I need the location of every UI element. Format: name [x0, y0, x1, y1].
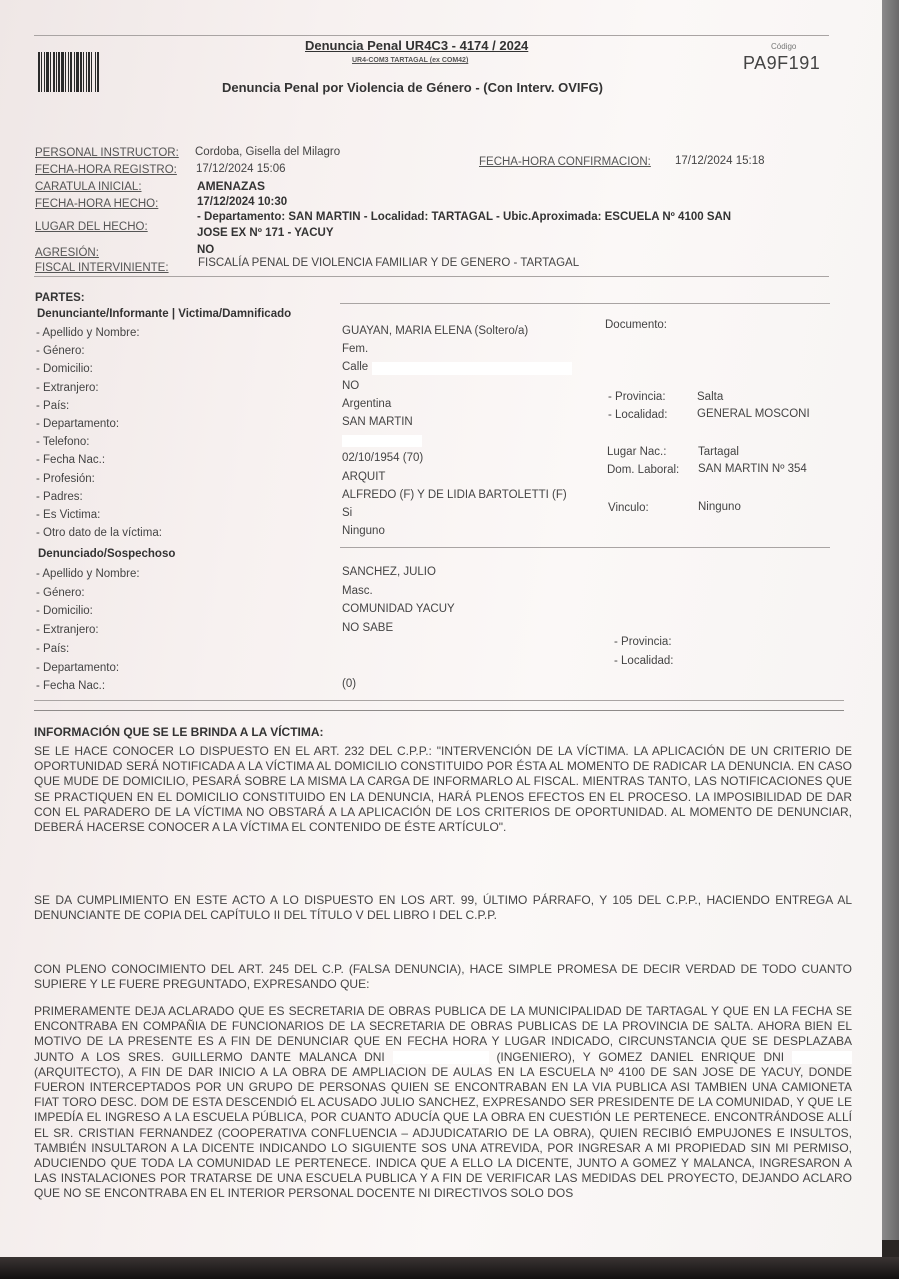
- personal-instructor-label: PERSONAL INSTRUCTOR:: [35, 147, 179, 159]
- denunciante-row-label: - País:: [36, 400, 69, 412]
- denunciado-row-label: - Domicilio:: [36, 605, 93, 617]
- denunciante-heading: Denunciante/Informante | Victima/Damnifi…: [37, 308, 291, 320]
- denunciante-row-value: Calle: [342, 361, 368, 373]
- denunciante-row-value: 02/10/1954 (70): [342, 452, 423, 464]
- denunciante-divider: [340, 303, 830, 304]
- redacted-dni-1: [393, 1051, 489, 1064]
- denunciante-row-value: ARQUIT: [342, 471, 385, 483]
- localidad-value: GENERAL MOSCONI: [697, 408, 810, 420]
- partes-heading: PARTES:: [35, 292, 85, 304]
- document-type: Denuncia Penal por Violencia de Género -…: [222, 80, 603, 95]
- lugar-hecho-line1: - Departamento: SAN MARTIN - Localidad: …: [197, 211, 731, 223]
- denunciante-row-label: - Domicilio:: [36, 363, 93, 375]
- provincia-label: - Provincia:: [608, 391, 666, 403]
- denunciado-row-value: SANCHEZ, JULIO: [342, 566, 436, 578]
- denunciado-row-label: - Departamento:: [36, 662, 119, 674]
- denunciado-row-value: (0): [342, 678, 356, 690]
- denunciante-row-label: - Departamento:: [36, 418, 119, 430]
- denunciante-row-value: Fem.: [342, 343, 368, 355]
- denunciante-row-label: - Profesión:: [36, 473, 95, 485]
- lugar-nac-value: Tartagal: [698, 446, 739, 458]
- document-subtitle: UR4-COM3 TARTAGAL (ex COM42): [352, 57, 468, 64]
- localidad-label: - Localidad:: [608, 409, 667, 421]
- victim-info-paragraph-1: SE LE HACE CONOCER LO DISPUESTO EN EL AR…: [34, 744, 852, 835]
- denunciado-row-label: - País:: [36, 643, 69, 655]
- denunciante-row-label: - Género:: [36, 345, 85, 357]
- document-page: Denuncia Penal UR4C3 - 4174 / 2024 UR4-C…: [0, 0, 882, 1262]
- denunciante-row-value: GUAYAN, MARIA ELENA (Soltero/a): [342, 325, 528, 337]
- denunciante-row-label: - Extranjero:: [36, 382, 99, 394]
- denunciante-row-label: - Fecha Nac.:: [36, 454, 105, 466]
- denunciante-row-value: NO: [342, 380, 359, 392]
- partes-divider-2: [34, 710, 844, 711]
- partes-divider-1: [34, 700, 844, 701]
- fiscal-value: FISCALÍA PENAL DE VIOLENCIA FAMILIAR Y D…: [198, 257, 579, 269]
- denunciante-row-label: - Padres:: [36, 491, 83, 503]
- bottom-shadow: [0, 1257, 899, 1279]
- statement-text: PRIMERAMENTE DEJA ACLARADO QUE ES SECRET…: [34, 1004, 852, 1202]
- lugar-hecho-label: LUGAR DEL HECHO:: [35, 221, 148, 233]
- fecha-hecho-value: 17/12/2024 10:30: [197, 196, 287, 208]
- denunciante-row-value: Argentina: [342, 398, 391, 410]
- denunciado-row-label: - Extranjero:: [36, 624, 99, 636]
- caratula-label: CARATULA INICIAL:: [35, 181, 142, 193]
- denunciado-row-value: Masc.: [342, 585, 373, 597]
- fecha-confirmacion-label: FECHA-HORA CONFIRMACION:: [479, 156, 651, 168]
- victim-info-paragraph-2: SE DA CUMPLIMIENTO EN ESTE ACTO A LO DIS…: [34, 893, 852, 923]
- lugar-nac-label: Lugar Nac.:: [607, 446, 666, 458]
- redacted-dni-2: [792, 1051, 852, 1064]
- fiscal-label: FISCAL INTERVINIENTE:: [35, 262, 169, 274]
- barcode-icon: [38, 52, 126, 92]
- caratula-value: AMENAZAS: [197, 179, 265, 193]
- personal-instructor-value: Cordoba, Gisella del Milagro: [195, 146, 340, 158]
- denunciante-row-label: - Telefono:: [36, 436, 90, 448]
- denunciado-row-label: - Fecha Nac.:: [36, 680, 105, 692]
- dom-laboral-label: Dom. Laboral:: [607, 464, 679, 476]
- page-edge-shadow: [882, 0, 899, 1240]
- denunciado-row-value: COMUNIDAD YACUY: [342, 603, 455, 615]
- provincia-value: Salta: [697, 391, 723, 403]
- denunciante-row-label: - Es Victima:: [36, 509, 100, 521]
- fecha-hecho-label: FECHA-HORA HECHO:: [35, 198, 158, 210]
- vinculo-value: Ninguno: [698, 501, 741, 513]
- denunciado-divider: [340, 547, 830, 548]
- denunciante-row-value: ALFREDO (F) Y DE LIDIA BARTOLETTI (F): [342, 489, 567, 501]
- denunciado-row-value: NO SABE: [342, 622, 393, 634]
- denunciado-row-label: - Género:: [36, 587, 85, 599]
- statement-part-3: (ARQUITECTO), A FIN DE DAR INICIO A LA O…: [34, 1065, 852, 1201]
- denunciante-row-value: Ninguno: [342, 525, 385, 537]
- denunciante-row-value: SAN MARTIN: [342, 416, 413, 428]
- agresion-label: AGRESIÓN:: [35, 247, 99, 259]
- top-divider: [34, 35, 829, 36]
- denunciante-row-label: - Otro dato de la víctima:: [36, 527, 162, 539]
- denunciante-row-label: - Apellido y Nombre:: [36, 327, 140, 339]
- vinculo-label: Vinculo:: [608, 502, 649, 514]
- victim-info-paragraph-3: CON PLENO CONOCIMIENTO DEL ART. 245 DEL …: [34, 962, 852, 992]
- agresion-value: NO: [197, 244, 214, 256]
- denunciado-row-label: - Apellido y Nombre:: [36, 568, 140, 580]
- codigo-value: PA9F191: [743, 53, 820, 74]
- sospechoso-provincia-label: - Provincia:: [614, 636, 672, 648]
- documento-label: Documento:: [605, 319, 667, 331]
- codigo-label: Código: [771, 42, 796, 51]
- denunciado-heading: Denunciado/Sospechoso: [38, 548, 175, 560]
- dom-laboral-value: SAN MARTIN Nº 354: [698, 463, 807, 475]
- sospechoso-localidad-label: - Localidad:: [614, 655, 673, 667]
- fecha-registro-value: 17/12/2024 15:06: [196, 163, 286, 175]
- document-title: Denuncia Penal UR4C3 - 4174 / 2024: [305, 38, 528, 53]
- redacted-address: [372, 362, 572, 375]
- info-divider: [34, 276, 829, 277]
- victim-info-heading: INFORMACIÓN QUE SE LE BRINDA A LA VÍCTIM…: [34, 725, 324, 739]
- fecha-confirmacion-value: 17/12/2024 15:18: [675, 155, 765, 167]
- denunciante-row-value: Si: [342, 507, 352, 519]
- redacted-phone: [342, 435, 422, 447]
- lugar-hecho-line2: JOSE EX Nº 171 - YACUY: [197, 227, 334, 239]
- fecha-registro-label: FECHA-HORA REGISTRO:: [35, 164, 177, 176]
- statement-part-2: (INGENIERO), Y GOMEZ DANIEL ENRIQUE DNI: [496, 1050, 784, 1064]
